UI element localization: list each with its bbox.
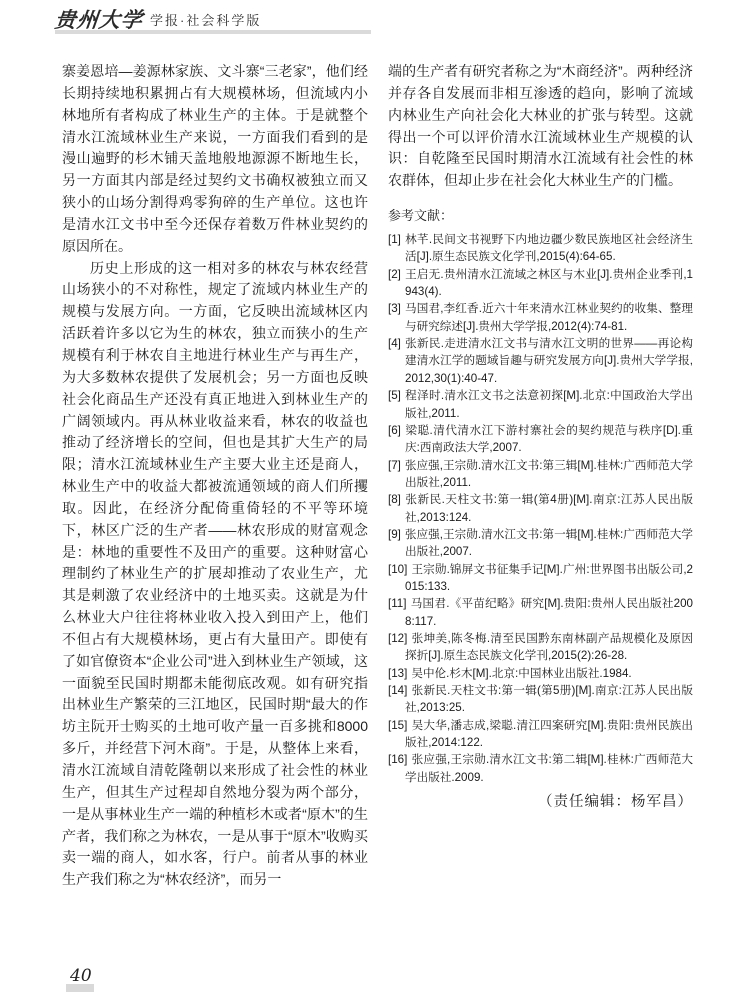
reference-text: 吴大华,潘志成,梁聪.清江四案研究[M].贵阳:贵州民族出版社,2014:122… <box>405 719 693 749</box>
reference-item: [4]张新民.走进清水江文书与清水江文明的世界——再论构建清水江学的题域旨趣与研… <box>388 335 693 387</box>
reference-number: [10] <box>388 563 407 576</box>
reference-text: 马国君,李红香.近六十年来清水江林业契约的收集、整理与研究综述[J].贵州大学学… <box>405 302 693 332</box>
reference-text: 吴中伦.杉木[M].北京:中国林业出版社.1984. <box>411 667 631 680</box>
reference-number: [15] <box>388 719 407 732</box>
reference-text: 张新民.天柱文书:第一辑(第5册)[M].南京:江苏人民出版社,2013:25. <box>405 684 693 714</box>
reference-item: [15]吴大华,潘志成,梁聪.清江四案研究[M].贵阳:贵州民族出版社,2014… <box>388 717 693 752</box>
reference-number: [6] <box>388 424 401 437</box>
reference-item: [10]王宗勋.锦屏文书征集手记[M].广州:世界图书出版公司,2015:133… <box>388 561 693 596</box>
body-paragraph: 历史上形成的这一相对多的林农与林农经营山场狭小的不对称性，规定了流域内林业生产的… <box>62 258 368 891</box>
reference-text: 张坤美,陈冬梅.清至民国黔东南林副产品规模化及原因探折[J].原生态民族文化学刊… <box>405 632 693 662</box>
reference-text: 张应强,王宗勋.清水江文书:第二辑[M].桂林:广西师范大学出版社.2009. <box>405 753 693 783</box>
reference-number: [2] <box>388 268 401 281</box>
left-text-column: 寨姜恩培—姜源林家族、文斗寨“三老家”，他们经长期持续地积累拥占有大规模林场，但… <box>62 61 368 891</box>
reference-text: 王宗勋.锦屏文书征集手记[M].广州:世界图书出版公司,2015:133. <box>405 563 693 593</box>
reference-number: [3] <box>388 302 401 315</box>
reference-item: [3]马国君,李红香.近六十年来清水江林业契约的收集、整理与研究综述[J].贵州… <box>388 300 693 335</box>
reference-text: 梁聪.清代清水江下游村寨社会的契约规范与秩序[D].重庆:西南政法大学,2007… <box>405 424 693 454</box>
reference-item: [12]张坤美,陈冬梅.清至民国黔东南林副产品规模化及原因探折[J].原生态民族… <box>388 630 693 665</box>
page-number: 40 <box>70 966 92 986</box>
reference-text: 张应强,王宗勋.清水江文书:第一辑[M].桂林:广西师范大学出版社,2007. <box>405 528 693 558</box>
reference-item: [11]马国君.《平苗纪略》研究[M].贵阳:贵州人民出版社2008:117. <box>388 595 693 630</box>
reference-number: [12] <box>388 632 407 645</box>
reference-item: [9]张应强,王宗勋.清水江文书:第一辑[M].桂林:广西师范大学出版社,200… <box>388 526 693 561</box>
reference-item: [14]张新民.天柱文书:第一辑(第5册)[M].南京:江苏人民出版社,2013… <box>388 682 693 717</box>
reference-number: [14] <box>388 684 407 697</box>
reference-item: [1]林芊.民间文书视野下内地边疆少数民族地区社会经济生活[J].原生态民族文化… <box>388 231 693 266</box>
reference-text: 张新民.走进清水江文书与清水江文明的世界——再论构建清水江学的题域旨趣与研究发展… <box>405 337 693 385</box>
reference-item: [6]梁聪.清代清水江下游村寨社会的契约规范与秩序[D].重庆:西南政法大学,2… <box>388 422 693 457</box>
references-list: [1]林芊.民间文书视野下内地边疆少数民族地区社会经济生活[J].原生态民族文化… <box>388 231 693 786</box>
reference-number: [1] <box>388 233 401 246</box>
reference-number: [5] <box>388 389 401 402</box>
reference-number: [7] <box>388 459 401 472</box>
body-paragraph: 寨姜恩培—姜源林家族、文斗寨“三老家”，他们经长期持续地积累拥占有大规模林场，但… <box>62 61 368 258</box>
right-text-column: 端的生产者有研究者称之为“木商经济”。两种经济并存各自发展而非相互渗透的趋向，影… <box>388 61 693 814</box>
reference-number: [8] <box>388 493 401 506</box>
journal-edition-label: 学报·社会科学版 <box>150 10 261 29</box>
reference-text: 张新民.天柱文书:第一辑(第4册)[M].南京:江苏人民出版社,2013:124… <box>405 493 693 523</box>
reference-text: 张应强,王宗勋.清水江文书:第三辑[M].桂林:广西师范大学出版社,2011. <box>405 459 693 489</box>
reference-number: [4] <box>388 337 401 350</box>
reference-item: [16]张应强,王宗勋.清水江文书:第二辑[M].桂林:广西师范大学出版社.20… <box>388 751 693 786</box>
reference-item: [7]张应强,王宗勋.清水江文书:第三辑[M].桂林:广西师范大学出版社,201… <box>388 457 693 492</box>
reference-text: 王启无.贵州清水江流域之林区与木业[J].贵州企业季刊,1943(4). <box>405 268 693 298</box>
body-paragraph: 端的生产者有研究者称之为“木商经济”。两种经济并存各自发展而非相互渗透的趋向，影… <box>388 61 693 192</box>
responsible-editor-note: （责任编辑：杨军昌） <box>388 792 693 814</box>
header-divider-rule <box>55 30 371 34</box>
reference-number: [16] <box>388 753 407 766</box>
reference-item: [8]张新民.天柱文书:第一辑(第4册)[M].南京:江苏人民出版社,2013:… <box>388 491 693 526</box>
reference-item: [5]程泽时.清水江文书之法意初探[M].北京:中国政治大学出版社,2011. <box>388 387 693 422</box>
reference-item: [2]王启无.贵州清水江流域之林区与木业[J].贵州企业季刊,1943(4). <box>388 266 693 301</box>
reference-text: 程泽时.清水江文书之法意初探[M].北京:中国政治大学出版社,2011. <box>405 389 693 419</box>
reference-text: 马国君.《平苗纪略》研究[M].贵阳:贵州人民出版社2008:117. <box>405 597 693 627</box>
reference-number: [13] <box>388 667 407 680</box>
reference-item: [13]吴中伦.杉木[M].北京:中国林业出版社.1984. <box>388 665 693 682</box>
reference-number: [9] <box>388 528 401 541</box>
reference-text: 林芊.民间文书视野下内地边疆少数民族地区社会经济生活[J].原生态民族文化学刊,… <box>405 233 693 263</box>
reference-number: [11] <box>388 597 406 610</box>
references-heading: 参考文献： <box>388 207 693 225</box>
journal-page: 贵州大学学报·社会科学版 寨姜恩培—姜源林家族、文斗寨“三老家”，他们经长期持续… <box>0 0 750 999</box>
